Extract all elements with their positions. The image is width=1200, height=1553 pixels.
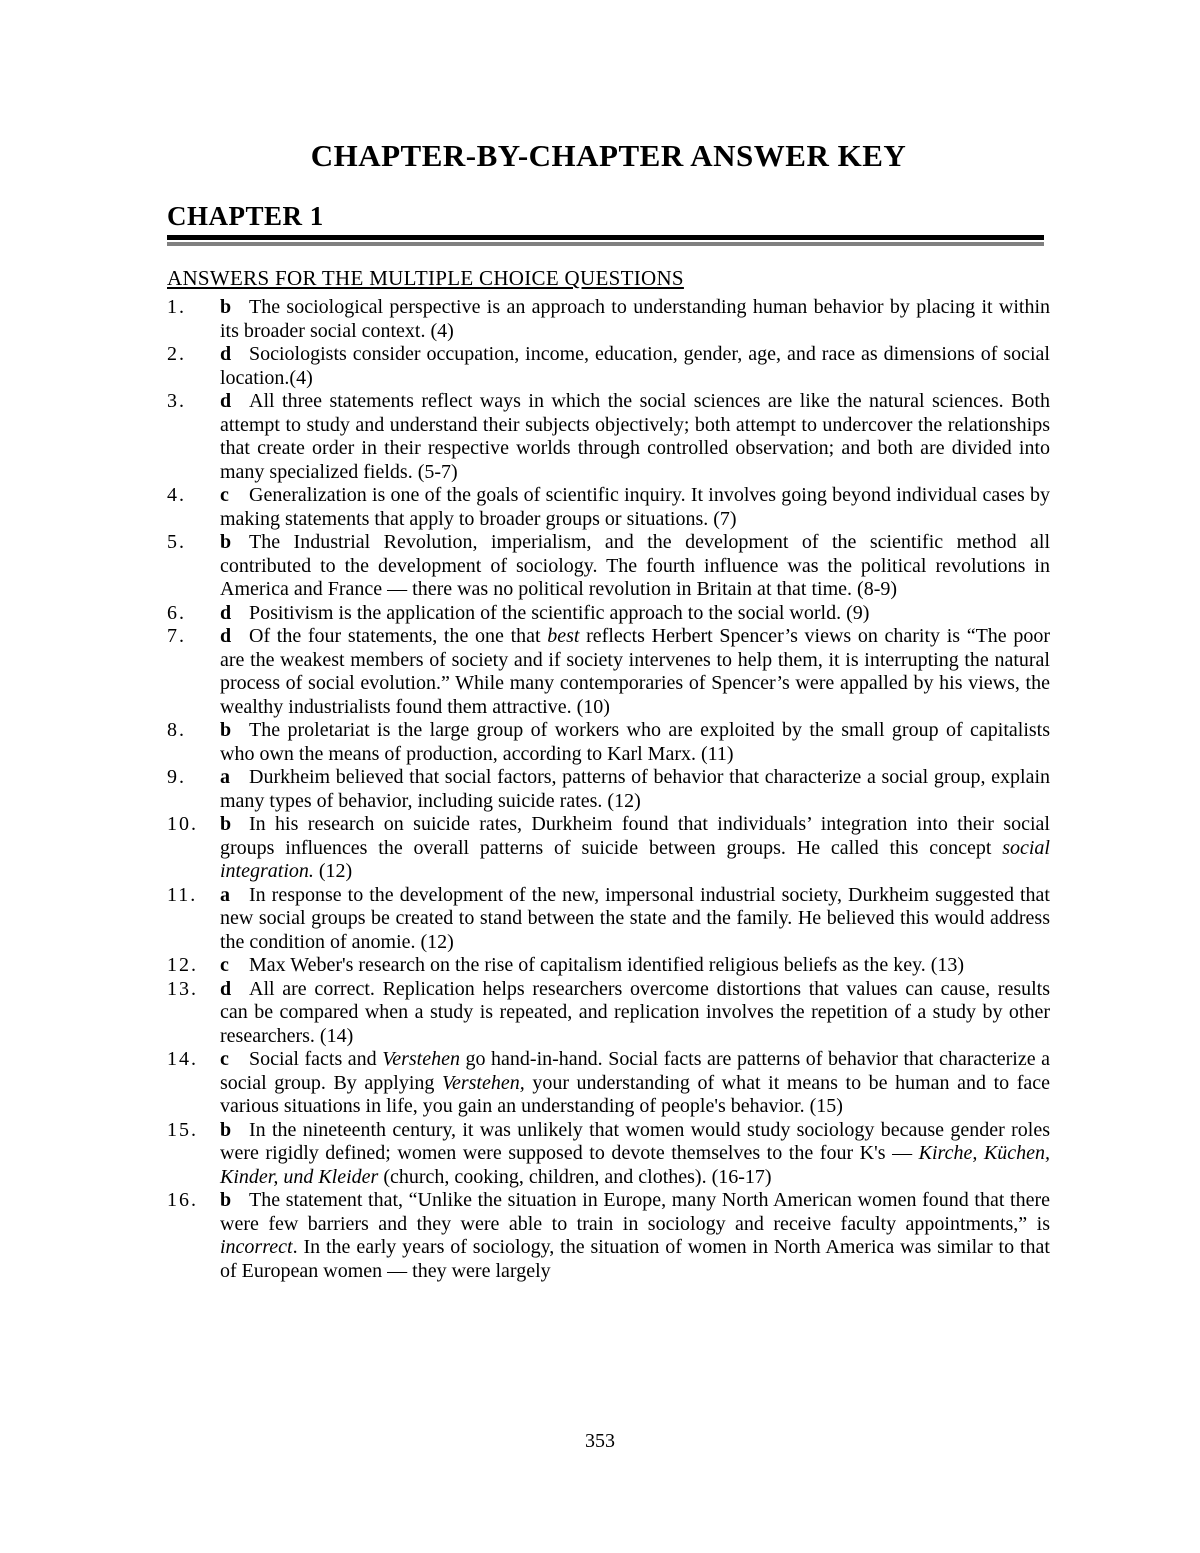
answer-text: The statement that, “Unlike the situatio… xyxy=(220,1189,1050,1282)
italic-text: best xyxy=(547,625,579,647)
answer-letter: a xyxy=(220,884,249,908)
answer-text: Social facts and Verstehen go hand-in-ha… xyxy=(220,1048,1050,1117)
answer-text: In the nineteenth century, it was unlike… xyxy=(220,1119,1050,1188)
answer-text: The proletariat is the large group of wo… xyxy=(220,719,1050,765)
item-number: 8. xyxy=(167,719,186,743)
italic-text: Verstehen xyxy=(382,1048,460,1070)
answer-item: 2.dSociologists consider occupation, inc… xyxy=(167,343,1050,390)
answer-item: 1.bThe sociological perspective is an ap… xyxy=(167,296,1050,343)
item-number: 6. xyxy=(167,602,186,626)
plain-text: All are correct. Replication helps resea… xyxy=(220,978,1050,1047)
answer-letter: b xyxy=(220,813,249,837)
answer-letter: b xyxy=(220,296,249,320)
plain-text: In response to the development of the ne… xyxy=(220,884,1050,953)
answer-letter: b xyxy=(220,1119,249,1143)
answer-letter: d xyxy=(220,978,249,1002)
section-heading: ANSWERS FOR THE MULTIPLE CHOICE QUESTION… xyxy=(167,266,1050,290)
chapter-heading: CHAPTER 1 xyxy=(167,200,1050,232)
answer-letter: b xyxy=(220,531,249,555)
item-number: 10. xyxy=(167,813,198,837)
plain-text: All three statements reflect ways in whi… xyxy=(220,390,1050,483)
answer-item: 6.dPositivism is the application of the … xyxy=(167,602,1050,626)
chapter-rule-divider xyxy=(167,235,1044,246)
answer-text: Sociologists consider occupation, income… xyxy=(220,343,1050,389)
item-number: 7. xyxy=(167,625,186,649)
answer-text: Positivism is the application of the sci… xyxy=(249,602,869,624)
answer-text: The Industrial Revolution, imperialism, … xyxy=(220,531,1050,600)
answer-item: 14.cSocial facts and Verstehen go hand-i… xyxy=(167,1048,1050,1119)
answer-letter: d xyxy=(220,343,249,367)
answer-item: 9.aDurkheim believed that social factors… xyxy=(167,766,1050,813)
item-number: 3. xyxy=(167,390,186,414)
plain-text: In his research on suicide rates, Durkhe… xyxy=(220,813,1050,859)
answer-text: Of the four statements, the one that bes… xyxy=(220,625,1050,718)
answer-text: Generalization is one of the goals of sc… xyxy=(220,484,1050,530)
answer-item: 15.bIn the nineteenth century, it was un… xyxy=(167,1119,1050,1190)
plain-text: . In the early years of sociology, the s… xyxy=(220,1236,1050,1282)
answer-item: 4.cGeneralization is one of the goals of… xyxy=(167,484,1050,531)
item-number: 1. xyxy=(167,296,186,320)
page-number: 353 xyxy=(0,1430,1200,1453)
answer-text: Max Weber's research on the rise of capi… xyxy=(249,954,964,976)
answer-item: 13.dAll are correct. Replication helps r… xyxy=(167,978,1050,1049)
answer-letter: b xyxy=(220,719,249,743)
answer-item: 16.bThe statement that, “Unlike the situ… xyxy=(167,1189,1050,1283)
plain-text: Durkheim believed that social factors, p… xyxy=(220,766,1050,812)
plain-text: Social facts and xyxy=(249,1048,382,1070)
plain-text: The statement that, “Unlike the situatio… xyxy=(220,1189,1050,1235)
item-number: 11. xyxy=(167,884,197,908)
answer-text: Durkheim believed that social factors, p… xyxy=(220,766,1050,812)
item-number: 14. xyxy=(167,1048,198,1072)
italic-text: incorrect xyxy=(220,1236,293,1258)
answer-letter: c xyxy=(220,954,249,978)
plain-text: Sociologists consider occupation, income… xyxy=(220,343,1050,389)
item-number: 4. xyxy=(167,484,186,508)
answer-letter: d xyxy=(220,625,249,649)
answer-item: 8.bThe proletariat is the large group of… xyxy=(167,719,1050,766)
item-number: 16. xyxy=(167,1189,198,1213)
item-number: 5. xyxy=(167,531,186,555)
plain-text: Max Weber's research on the rise of capi… xyxy=(249,954,964,976)
answer-letter: c xyxy=(220,484,249,508)
item-number: 2. xyxy=(167,343,186,367)
plain-text: The Industrial Revolution, imperialism, … xyxy=(220,531,1050,600)
answer-letter: b xyxy=(220,1189,249,1213)
plain-text: Generalization is one of the goals of sc… xyxy=(220,484,1050,530)
answer-letter: c xyxy=(220,1048,249,1072)
plain-text: The proletariat is the large group of wo… xyxy=(220,719,1050,765)
answer-item: 7.dOf the four statements, the one that … xyxy=(167,625,1050,719)
document-title: CHAPTER-BY-CHAPTER ANSWER KEY xyxy=(167,138,1050,174)
answer-item: 5.bThe Industrial Revolution, imperialis… xyxy=(167,531,1050,602)
answer-text: All three statements reflect ways in whi… xyxy=(220,390,1050,483)
item-number: 13. xyxy=(167,978,198,1002)
plain-text: Of the four statements, the one that xyxy=(249,625,547,647)
answer-item: 10.bIn his research on suicide rates, Du… xyxy=(167,813,1050,884)
answer-item: 3.dAll three statements reflect ways in … xyxy=(167,390,1050,484)
plain-text: (church, cooking, children, and clothes)… xyxy=(378,1166,771,1188)
italic-text: Verstehen, xyxy=(442,1072,525,1094)
answer-item: 11.aIn response to the development of th… xyxy=(167,884,1050,955)
answer-text: The sociological perspective is an appro… xyxy=(220,296,1050,342)
item-number: 9. xyxy=(167,766,186,790)
answer-list: 1.bThe sociological perspective is an ap… xyxy=(167,296,1050,1283)
document-page: CHAPTER-BY-CHAPTER ANSWER KEY CHAPTER 1 … xyxy=(0,0,1200,1553)
answer-text: In response to the development of the ne… xyxy=(220,884,1050,953)
answer-letter: d xyxy=(220,390,249,414)
answer-item: 12.cMax Weber's research on the rise of … xyxy=(167,954,1050,978)
item-number: 12. xyxy=(167,954,198,978)
plain-text: (12) xyxy=(314,860,352,882)
answer-text: In his research on suicide rates, Durkhe… xyxy=(220,813,1050,882)
answer-text: All are correct. Replication helps resea… xyxy=(220,978,1050,1047)
answer-letter: a xyxy=(220,766,249,790)
plain-text: Positivism is the application of the sci… xyxy=(249,602,869,624)
answer-letter: d xyxy=(220,602,249,626)
plain-text: The sociological perspective is an appro… xyxy=(220,296,1050,342)
item-number: 15. xyxy=(167,1119,198,1143)
